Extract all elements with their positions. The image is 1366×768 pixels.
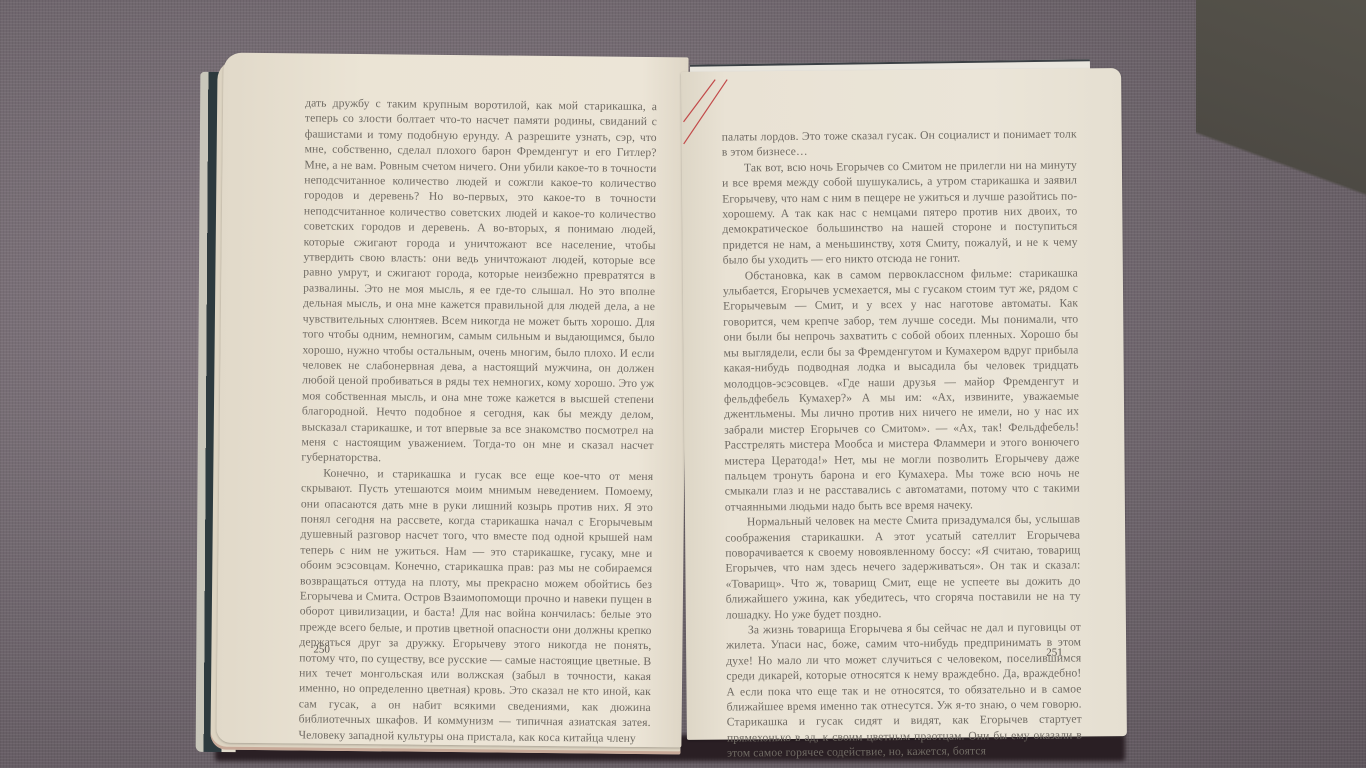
paragraph: За жизнь товарища Егорычева я бы сейчас … (726, 619, 1082, 761)
left-page: дать дружбу с таким крупным воротилой, к… (216, 53, 688, 748)
right-page-text: палаты лордов. Это тоже сказал гусак. Он… (722, 126, 1082, 761)
dark-cushion-corner (1196, 0, 1366, 260)
paragraph: дать дружбу с таким крупным воротилой, к… (301, 95, 657, 468)
page-number: 250 (313, 644, 330, 656)
right-page: палаты лордов. Это тоже сказал гусак. Он… (681, 68, 1127, 740)
paragraph: Конечно, и старикашка и гусак все еще ко… (298, 465, 653, 746)
paragraph: Обстановка, как в самом первоклассном фи… (723, 265, 1080, 515)
paragraph: палаты лордов. Это тоже сказал гусак. Он… (722, 126, 1077, 160)
left-page-text: дать дружбу с таким крупным воротилой, к… (298, 95, 657, 746)
paragraph: Так вот, всю ночь Егорычев со Смитом не … (722, 157, 1078, 268)
page-number: 251 (1046, 647, 1063, 659)
paragraph: Нормальный человек на месте Смита призад… (725, 512, 1081, 623)
